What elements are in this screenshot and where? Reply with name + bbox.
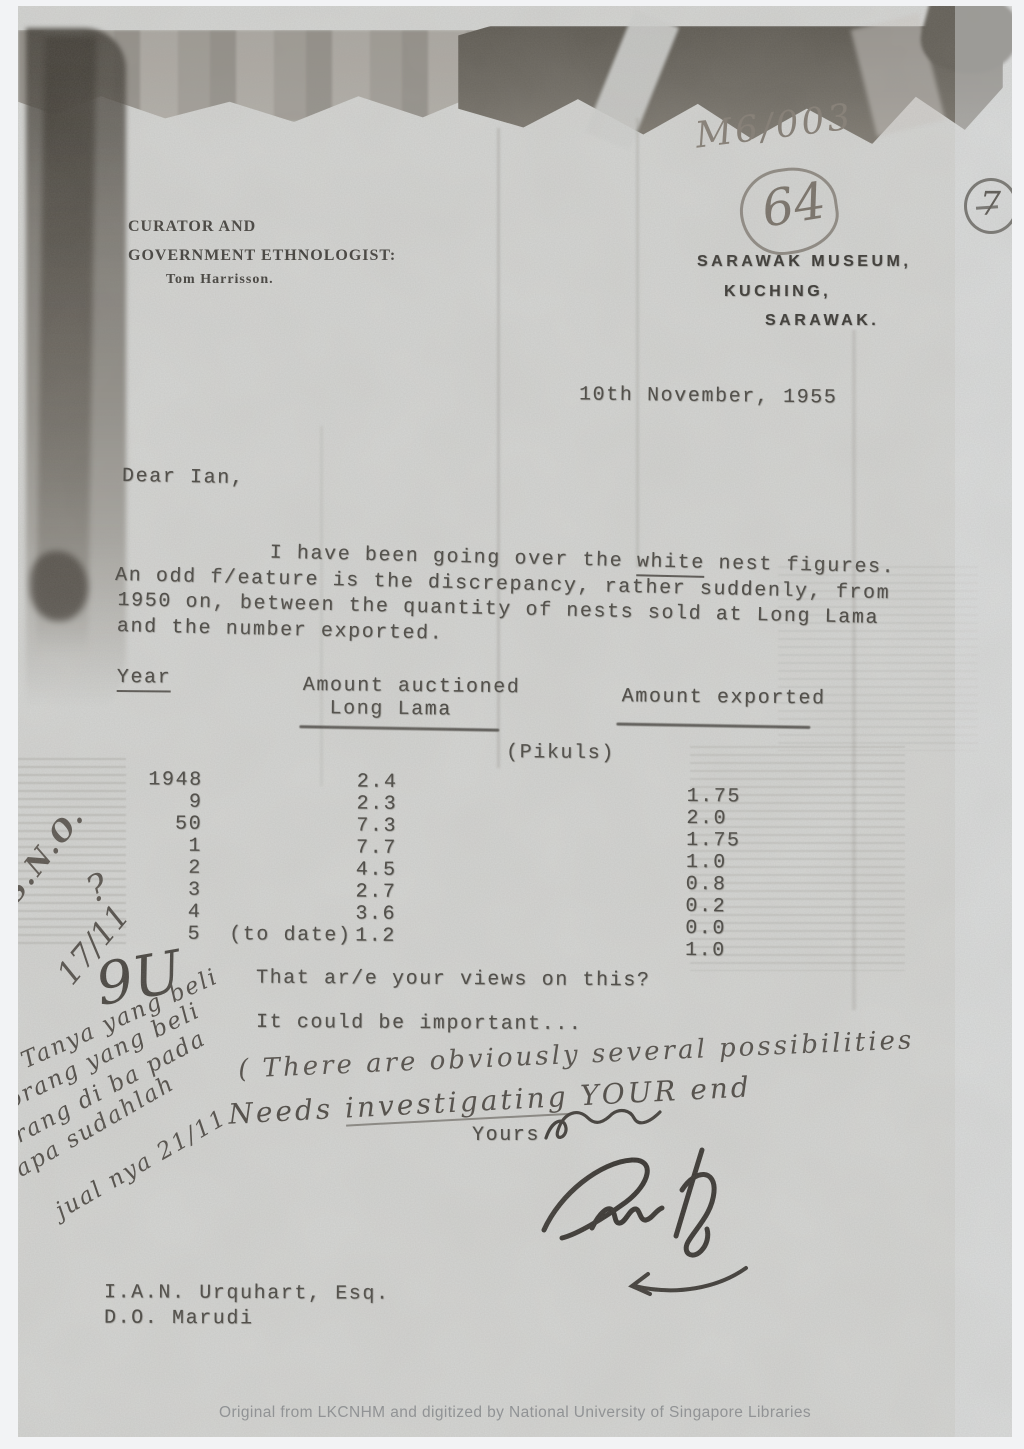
cell-exported: 0.8 [686, 873, 727, 896]
table-row: 24.50.8 [114, 856, 202, 880]
cell-year: 1 [114, 834, 202, 858]
table-header-auctioned-1: Amount auctioned [303, 674, 521, 699]
nest-figures-table: Year Amount auctioned Long Lama Amount e… [18, 661, 1012, 971]
cell-exported: 1.0 [685, 939, 726, 962]
question-line-1: That ar/e your views on this? [256, 967, 651, 993]
cell-exported: 1.75 [687, 785, 742, 809]
letterhead-name: Tom Harrisson. [166, 272, 274, 288]
cell-auctioned: 2.3 [356, 793, 397, 816]
table-header-auctioned-underline [299, 725, 499, 731]
signature [530, 1148, 770, 1273]
scanned-letter-screenshot: M6/003 64 7 CURATOR AND GOVERNMENT ETHNO… [0, 0, 1024, 1449]
paragraph-line1-post: nest figures. [705, 552, 896, 579]
cell-exported: 1.75 [686, 829, 741, 853]
cell-auctioned: 7.7 [356, 837, 397, 860]
question-line-2: It could be important... [256, 1011, 583, 1036]
cell-year: 3 [113, 878, 201, 902]
table-header-exported-underline [616, 723, 810, 729]
stamp-number-64: 64 [758, 171, 830, 238]
cell-auctioned: 2.4 [357, 771, 398, 794]
cell-year: 1948 [115, 768, 203, 792]
letterhead-title-line2: GOVERNMENT ETHNOLOGIST: [128, 247, 396, 265]
paragraph-line-4: and the number exported. [117, 615, 444, 646]
handwritten-scribble [538, 1098, 668, 1154]
letterhead-title-line1: CURATOR AND [128, 218, 256, 236]
cell-auctioned: 2.7 [355, 881, 396, 904]
cell-year: 9 [114, 790, 202, 814]
body-paragraph: I have been going over the white nest fi… [18, 536, 1012, 669]
scan-artifact-fold-2 [636, 118, 639, 568]
table-header-year: Year [117, 666, 172, 693]
salutation: Dear Ian, [122, 465, 245, 490]
recipient-line-1: I.A.N. Urquhart, Esq. [104, 1281, 390, 1305]
cell-exported: 1.0 [686, 851, 727, 874]
letterhead-museum-line1: SARAWAK MUSEUM, [697, 253, 911, 271]
circled-page-number: 7 [980, 184, 1001, 223]
cell-auctioned: 1.2 [355, 924, 396, 947]
digitization-watermark: Original from LKCNHM and digitized by Na… [18, 1404, 1012, 1422]
handwritten-arrow [618, 1262, 758, 1302]
table-row: 19482.41.75 [115, 768, 203, 792]
table-row: 507.31.75 [114, 812, 202, 836]
table-header-exported: Amount exported [622, 685, 826, 710]
table-units-label: (Pikuls) [506, 741, 615, 765]
cell-year: 50 [114, 812, 202, 836]
cell-year-suffix: (to date) [229, 923, 352, 947]
date-line: 10th November, 1955 [579, 383, 838, 409]
note-line2-underlined: investigating [344, 1080, 569, 1127]
cell-exported: 0.0 [685, 917, 726, 940]
yours-label: Yours [472, 1124, 540, 1147]
letterhead-museum-line3: SARAWAK. [765, 312, 879, 330]
letter-paper: M6/003 64 7 CURATOR AND GOVERNMENT ETHNO… [18, 6, 1012, 1437]
cell-auctioned: 4.5 [356, 859, 397, 882]
table-row: 32.70.2 [113, 878, 201, 902]
cell-year: 2 [114, 856, 202, 880]
cell-exported: 2.0 [686, 807, 727, 830]
underlined-word-white: white [637, 550, 706, 578]
letterhead-museum-line2: KUCHING, [724, 283, 831, 301]
note-line2-pre: Needs [227, 1092, 345, 1131]
table-row: 92.32.0 [114, 790, 202, 814]
cell-auctioned: 7.3 [356, 815, 397, 838]
cell-exported: 0.2 [685, 895, 726, 918]
table-header-auctioned-2: Long Lama [329, 697, 452, 721]
recipient-line-2: D.O. Marudi [104, 1307, 254, 1331]
cell-auctioned: 3.6 [355, 903, 396, 926]
table-row: 17.71.0 [114, 834, 202, 858]
